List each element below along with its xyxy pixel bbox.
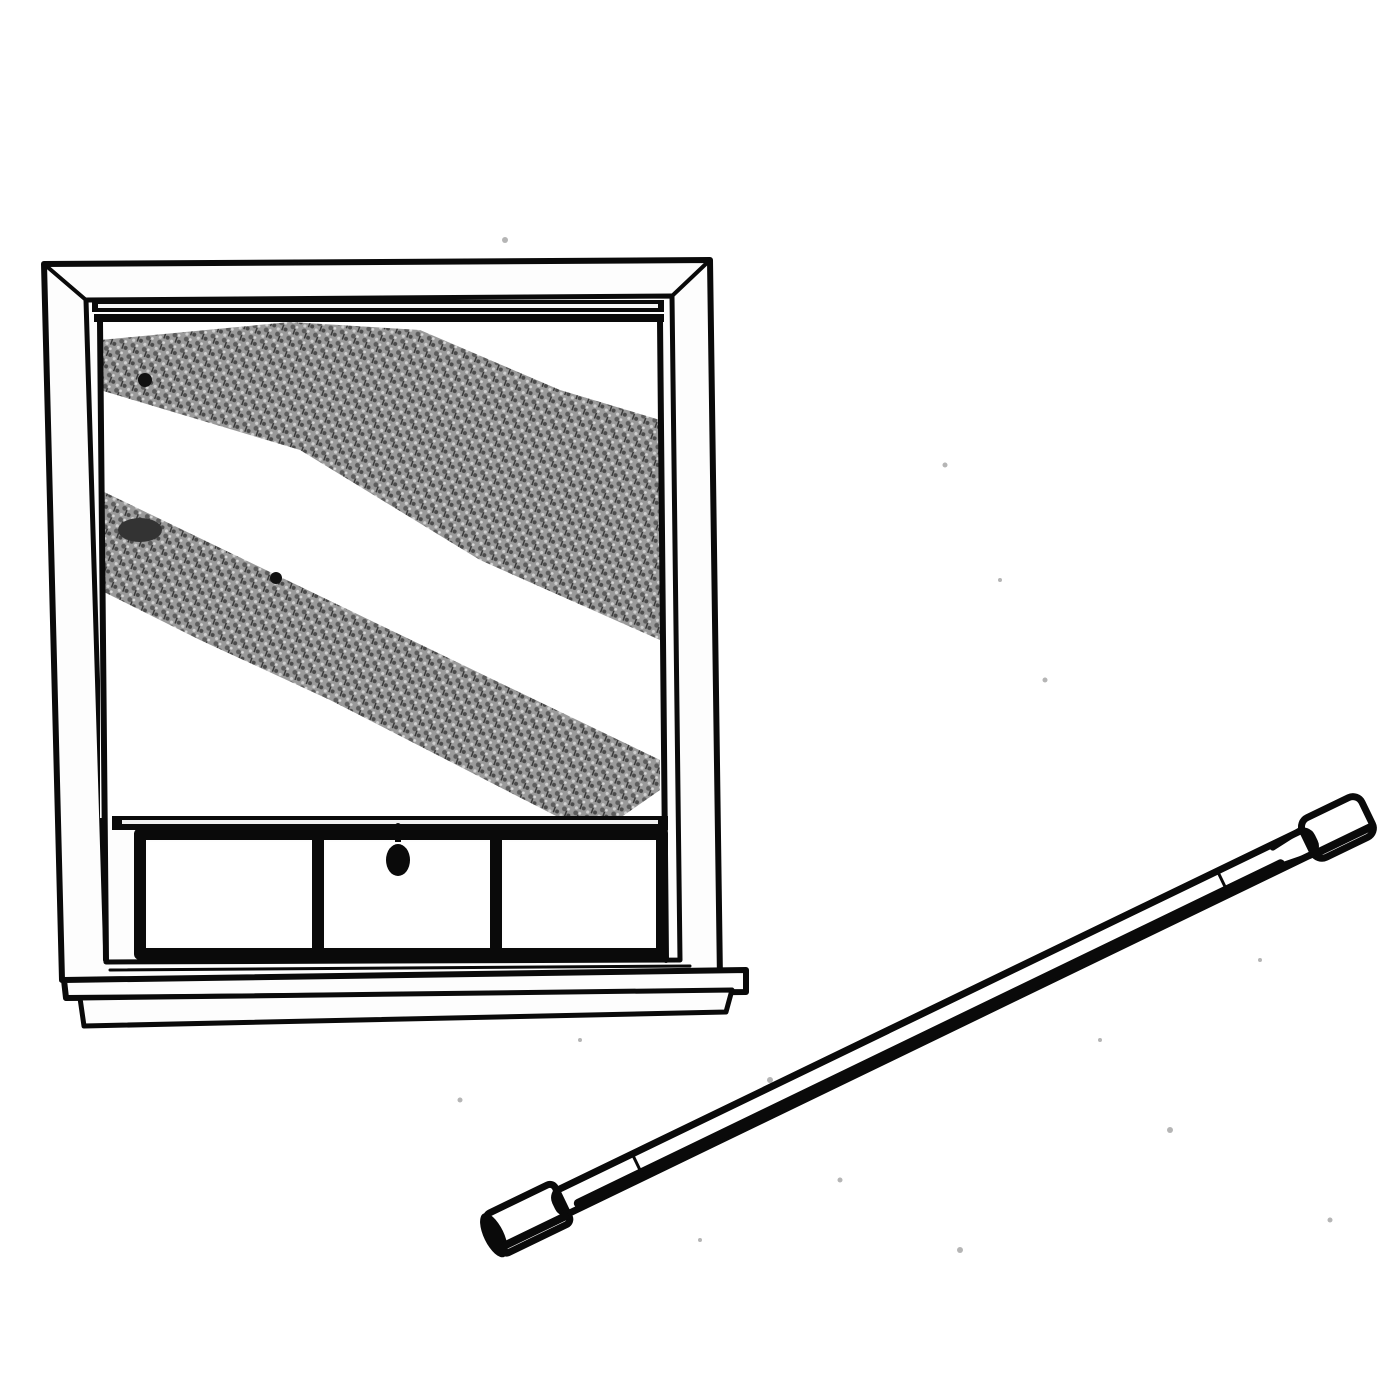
window-pane-right [504,842,656,946]
shade-roller-headrail [92,300,664,322]
illustration-canvas [0,0,1400,1400]
window-pane-left [148,842,312,946]
lower-window-panes [140,834,662,954]
roller-shade-fabric [100,322,660,818]
rod-end-cap-left [474,1181,572,1262]
window-illustration [44,260,746,1026]
shade-bottom-bar [112,816,668,830]
rod-end-cap-right [1268,793,1377,876]
